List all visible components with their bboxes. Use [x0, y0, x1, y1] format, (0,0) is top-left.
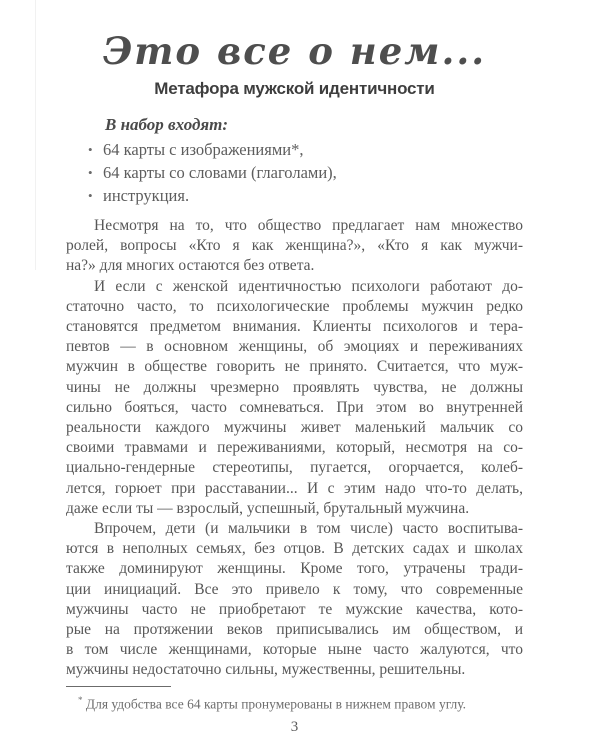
- text-line: ются в неполных семьях, без отцов. В дет…: [66, 539, 523, 559]
- bullet-icon: •: [88, 161, 93, 184]
- list-item: •64 карты со словами (глаголами),: [66, 161, 523, 184]
- bullet-icon: •: [88, 138, 93, 161]
- bullet-icon: •: [88, 184, 93, 207]
- set-contents-list: •64 карты с изображениями*,•64 карты со …: [66, 138, 523, 207]
- footnote-text: Для удобства все 64 карты пронумерованы …: [86, 696, 466, 711]
- text-line: Впрочем, дети (и мальчики в том числе) ч…: [66, 519, 523, 539]
- text-line: в том числе женщинами, которые ныне част…: [66, 640, 523, 660]
- text-line: мужчины часто не приобретают те мужские …: [66, 600, 523, 620]
- text-line: Несмотря на то, что общество предлагает …: [66, 216, 523, 236]
- page-header: Это все о нем... Метафора мужской иденти…: [66, 26, 523, 99]
- text-line: даже если ты — взрослый, успешный, брута…: [66, 499, 523, 519]
- footnote: * Для удобства все 64 карты пронумерован…: [78, 692, 523, 713]
- text-line: реальности каждого мужчины живет маленьк…: [66, 418, 523, 438]
- footnote-marker: *: [78, 695, 83, 705]
- text-line: также доминируют женщины. Кроме того, ут…: [66, 559, 523, 579]
- page-title: Это все о нем...: [66, 26, 523, 76]
- page-subtitle: Метафора мужской идентичности: [66, 79, 523, 99]
- list-item: •64 карты с изображениями*,: [66, 138, 523, 161]
- text-line: статочно часто, то психологические пробл…: [66, 297, 523, 317]
- list-item: •инструкция.: [66, 184, 523, 207]
- set-contents-heading: В набор входят:: [105, 114, 523, 136]
- list-item-label: 64 карты со словами (глаголами),: [103, 163, 337, 182]
- text-line: сильно бояться, часто сомневаться. При э…: [66, 398, 523, 418]
- text-line: своими травмами и переживаниями, который…: [66, 438, 523, 458]
- text-line: певтов — в основном женщины, об эмоциях …: [66, 337, 523, 357]
- page-number: 3: [66, 719, 523, 736]
- text-line: рые на протяжении веков приписывались им…: [66, 620, 523, 640]
- text-line: ции инициаций. Все это привело к тому, ч…: [66, 580, 523, 600]
- text-line: мужчин в обществе говорить не принято. С…: [66, 357, 523, 377]
- book-page: Это все о нем... Метафора мужской иденти…: [0, 0, 600, 750]
- text-line: лется, горюет при расставании... И с эти…: [66, 479, 523, 499]
- scan-artifact-line: [35, 0, 36, 270]
- text-line: чины не должны чрезмерно проявлять чувст…: [66, 378, 523, 398]
- list-item-label: инструкция.: [103, 186, 189, 205]
- body-text: Несмотря на то, что общество предлагает …: [66, 216, 523, 681]
- text-line: ролей, вопросы «Кто я как женщина?», «Кт…: [66, 236, 523, 256]
- text-line: мужчины недостаточно сильны, мужественны…: [66, 660, 523, 680]
- text-line: на?» для многих остаются без ответа.: [66, 256, 523, 276]
- text-line: становятся предметом внимания. Клиенты п…: [66, 317, 523, 337]
- footnote-divider: [66, 686, 171, 687]
- text-line: циально-гендерные стереотипы, пугается, …: [66, 458, 523, 478]
- list-item-label: 64 карты с изображениями*,: [103, 140, 304, 159]
- text-line: И если с женской идентичностью психологи…: [66, 277, 523, 297]
